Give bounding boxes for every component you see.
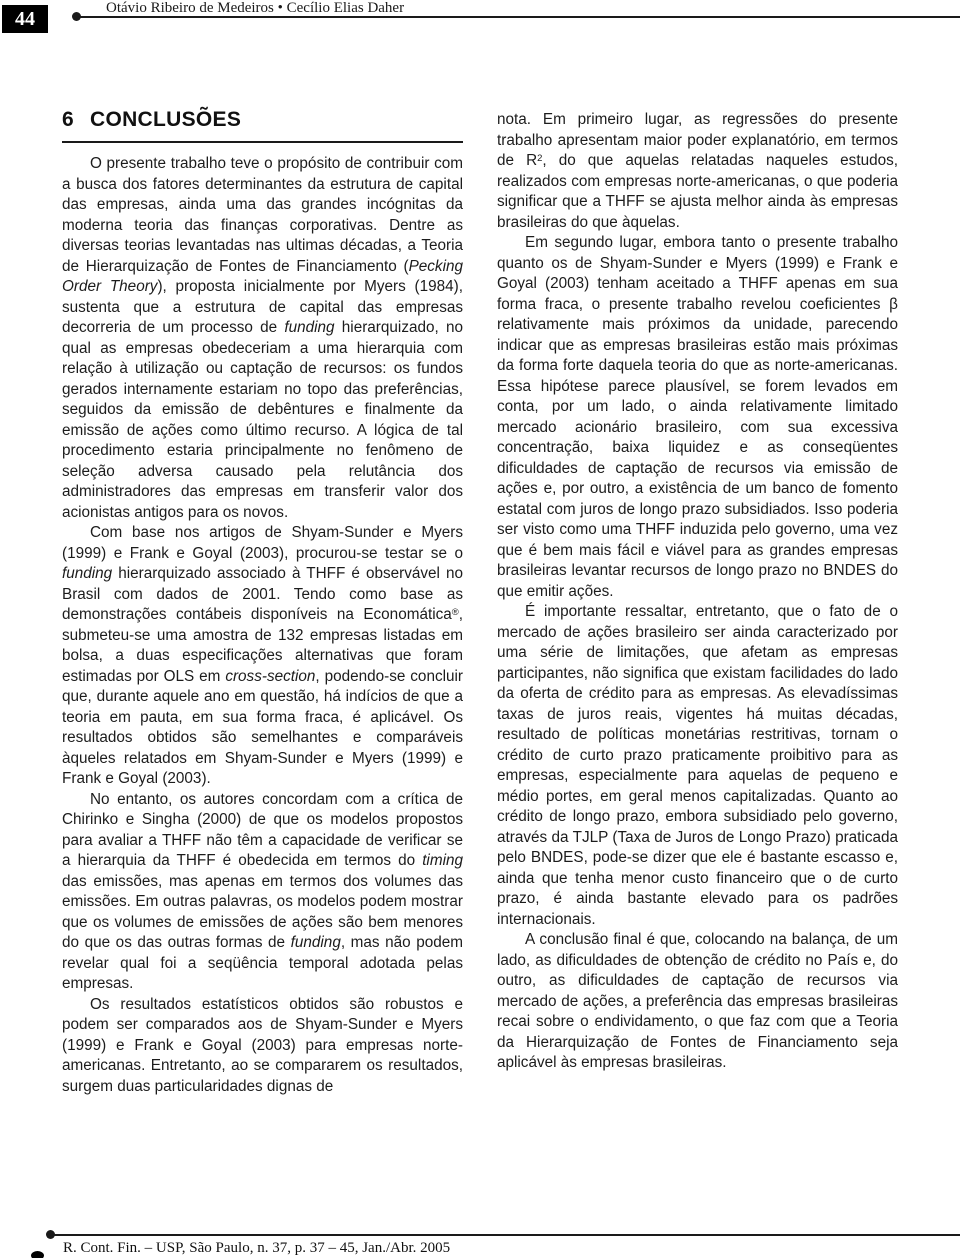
page-number: 44 (15, 8, 35, 31)
section-heading: 6CONCLUSÕES (62, 108, 463, 143)
text-run: , do que aquelas relatadas naqueles estu… (497, 152, 898, 231)
paragraph: No entanto, os autores concordam com a c… (62, 790, 463, 995)
paragraph: Os resultados estatísticos obtidos são r… (62, 995, 463, 1098)
footer-citation: R. Cont. Fin. – USP, São Paulo, n. 37, p… (63, 1240, 450, 1257)
text-run: No entanto, os autores concordam com a c… (62, 791, 463, 870)
italic-text-run: funding (62, 565, 112, 582)
paragraph: É importante ressaltar, entretanto, que … (497, 602, 898, 930)
paragraph: Com base nos artigos de Shyam-Sunder e M… (62, 523, 463, 790)
italic-text-run: timing (422, 852, 463, 869)
left-column-text: O presente trabalho teve o propósito de … (62, 154, 463, 1097)
italic-text-run: cross-section (225, 668, 315, 685)
text-run: Os resultados estatísticos obtidos são r… (62, 996, 463, 1095)
paragraph: nota. Em primeiro lugar, as regressões d… (497, 110, 898, 233)
text-run: , podendo-se concluir que, durante aquel… (62, 668, 463, 788)
paragraph: A conclusão final é que, colocando na ba… (497, 930, 898, 1074)
running-head-authors: Otávio Ribeiro de Medeiros • Cecílio Eli… (106, 0, 404, 17)
section-number: 6 (62, 108, 74, 131)
text-run: Em segundo lugar, embora tanto o present… (497, 234, 898, 600)
footer-rule (52, 1234, 960, 1236)
scan-artifact (31, 1251, 44, 1258)
right-column-text: nota. Em primeiro lugar, as regressões d… (497, 110, 898, 1074)
text-run: hierarquizado associado à THFF é observá… (62, 565, 463, 623)
column-right: nota. Em primeiro lugar, as regressões d… (497, 110, 898, 1074)
text-run: Com base nos artigos de Shyam-Sunder e M… (62, 524, 463, 562)
paragraph: O presente trabalho teve o propósito de … (62, 154, 463, 523)
italic-text-run: funding (291, 934, 341, 951)
column-left: 6CONCLUSÕES O presente trabalho teve o p… (62, 108, 463, 1097)
section-title: CONCLUSÕES (90, 108, 241, 131)
text-run: É importante ressaltar, entretanto, que … (497, 603, 898, 928)
superscript-run: ® (452, 607, 459, 618)
header-rule (79, 16, 960, 18)
italic-text-run: funding (284, 319, 334, 336)
text-run: hierarquizado, no qual as empresas obede… (62, 319, 463, 521)
paragraph: Em segundo lugar, embora tanto o present… (497, 233, 898, 602)
superscript-run: 2 (537, 153, 542, 164)
page-number-badge: 44 (2, 5, 48, 33)
text-run: O presente trabalho teve o propósito de … (62, 155, 463, 275)
text-run: A conclusão final é que, colocando na ba… (497, 931, 898, 1071)
